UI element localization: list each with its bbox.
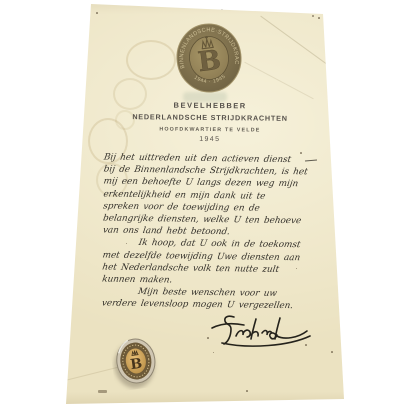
- water-stain: [126, 40, 176, 80]
- foxing-speck: [341, 337, 344, 340]
- letter-body: Bij het uittreden uit den actieven diens…: [101, 151, 323, 312]
- paper-crease: [260, 16, 333, 70]
- letterhead: BEVELHEBBER NEDERLANDSCHE STRIJDKRACHTEN…: [110, 100, 310, 144]
- foxing-speck: [221, 8, 223, 10]
- foxing-speck: [312, 15, 314, 17]
- photo-of-letter: BINNENLANDSCHE·STRIJDKRACHTEN 1944 · 194…: [0, 0, 416, 416]
- letterhead-hq-line: HOOFDKWARTIER TE VELDE: [110, 126, 310, 134]
- emblem-monogram: B: [196, 45, 222, 79]
- bs-emblem-seal: BINNENLANDSCHE·STRIJDKRACHTEN 1944 · 194…: [172, 19, 246, 97]
- foxing-speck: [318, 17, 320, 19]
- bs-pin-badge: B: [108, 332, 163, 392]
- letterhead-subtitle: NEDERLANDSCHE STRIJDKRACHTEN: [110, 112, 310, 123]
- foxing-speck: [331, 351, 333, 353]
- foxing-speck: [213, 352, 214, 353]
- badge-monogram: B: [129, 356, 143, 374]
- letterhead-title: BEVELHEBBER: [110, 100, 310, 111]
- foxing-speck: [96, 12, 98, 14]
- signature-bernhard: [204, 314, 316, 350]
- paper-crease: [244, 62, 313, 100]
- letterhead-year: 1945: [110, 135, 310, 144]
- foxing-speck: [246, 390, 248, 392]
- printer-code-mark: [98, 390, 107, 393]
- letter-paper: BINNENLANDSCHE·STRIJDKRACHTEN 1944 · 194…: [0, 0, 416, 416]
- handwritten-line: verdere levensloop mogen U vergezellen.: [101, 298, 323, 313]
